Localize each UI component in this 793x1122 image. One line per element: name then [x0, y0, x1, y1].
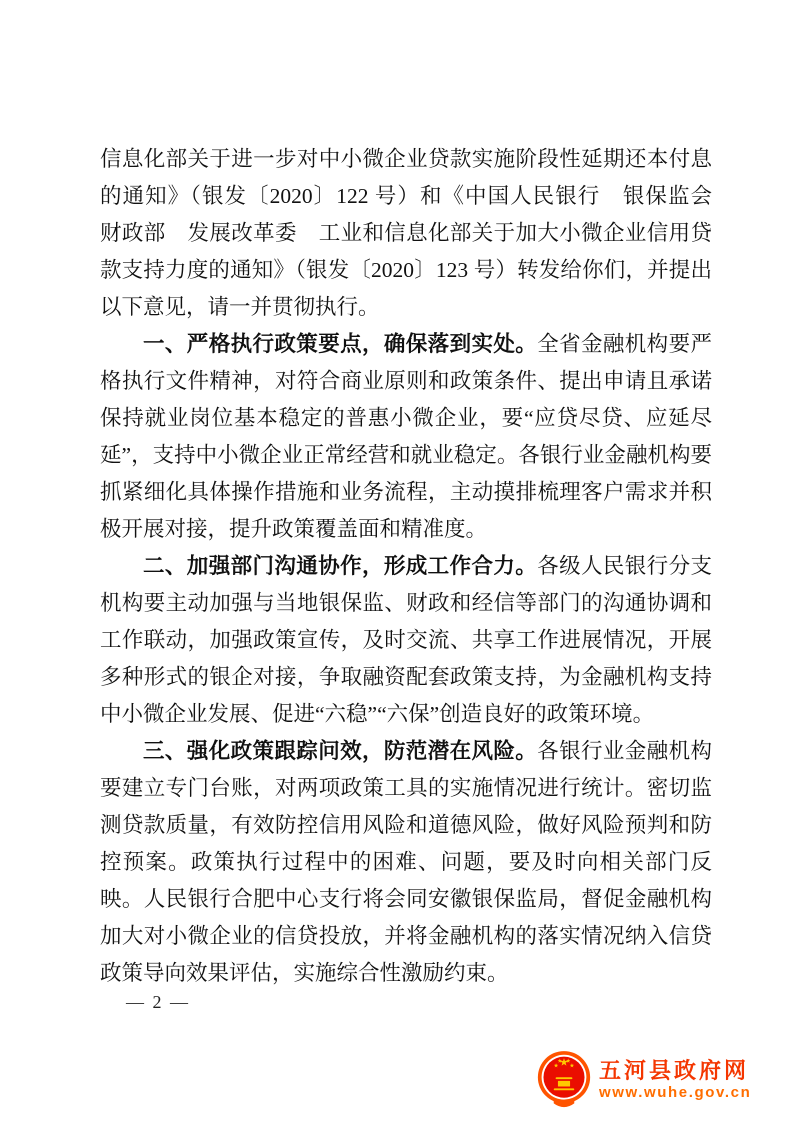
- page-number: — 2 —: [126, 992, 190, 1013]
- paragraph: 一、严格执行政策要点，确保落到实处。全省金融机构要严格执行文件精神，对符合商业原…: [100, 326, 712, 548]
- section-heading: 二、加强部门沟通协作，形成工作合力。: [143, 554, 537, 578]
- site-watermark: 五河县政府网 www.wuhe.gov.cn: [536, 1048, 751, 1112]
- paragraph-text: 全省金融机构要严格执行文件精神，对符合商业原则和政策条件、提出申请且承诺保持就业…: [100, 332, 712, 541]
- paragraph-text: 各级人民银行分支机构要主动加强与当地银保监、财政和经信等部门的沟通协调和工作联动…: [100, 554, 712, 726]
- paragraph-text: 信息化部关于进一步对中小微企业贷款实施阶段性延期还本付息的通知》（银发〔2020…: [100, 147, 734, 319]
- paragraph-text: 各银行业金融机构要建立专门台账，对两项政策工具的实施情况进行统计。密切监测贷款质…: [100, 739, 712, 985]
- paragraph: 信息化部关于进一步对中小微企业贷款实施阶段性延期还本付息的通知》（银发〔2020…: [100, 141, 712, 326]
- document-body: 信息化部关于进一步对中小微企业贷款实施阶段性延期还本付息的通知》（银发〔2020…: [100, 141, 712, 992]
- site-name: 五河县政府网: [599, 1058, 751, 1084]
- site-url: www.wuhe.gov.cn: [599, 1085, 751, 1102]
- national-emblem-icon: [536, 1048, 592, 1112]
- document-page: 信息化部关于进一步对中小微企业贷款实施阶段性延期还本付息的通知》（银发〔2020…: [0, 0, 793, 1122]
- site-watermark-text: 五河县政府网 www.wuhe.gov.cn: [599, 1058, 751, 1102]
- section-heading: 一、严格执行政策要点，确保落到实处。: [143, 332, 537, 356]
- paragraph: 二、加强部门沟通协作，形成工作合力。各级人民银行分支机构要主动加强与当地银保监、…: [100, 548, 712, 733]
- paragraph: 三、强化政策跟踪问效，防范潜在风险。各银行业金融机构要建立专门台账，对两项政策工…: [100, 733, 712, 992]
- section-heading: 三、强化政策跟踪问效，防范潜在风险。: [143, 739, 537, 763]
